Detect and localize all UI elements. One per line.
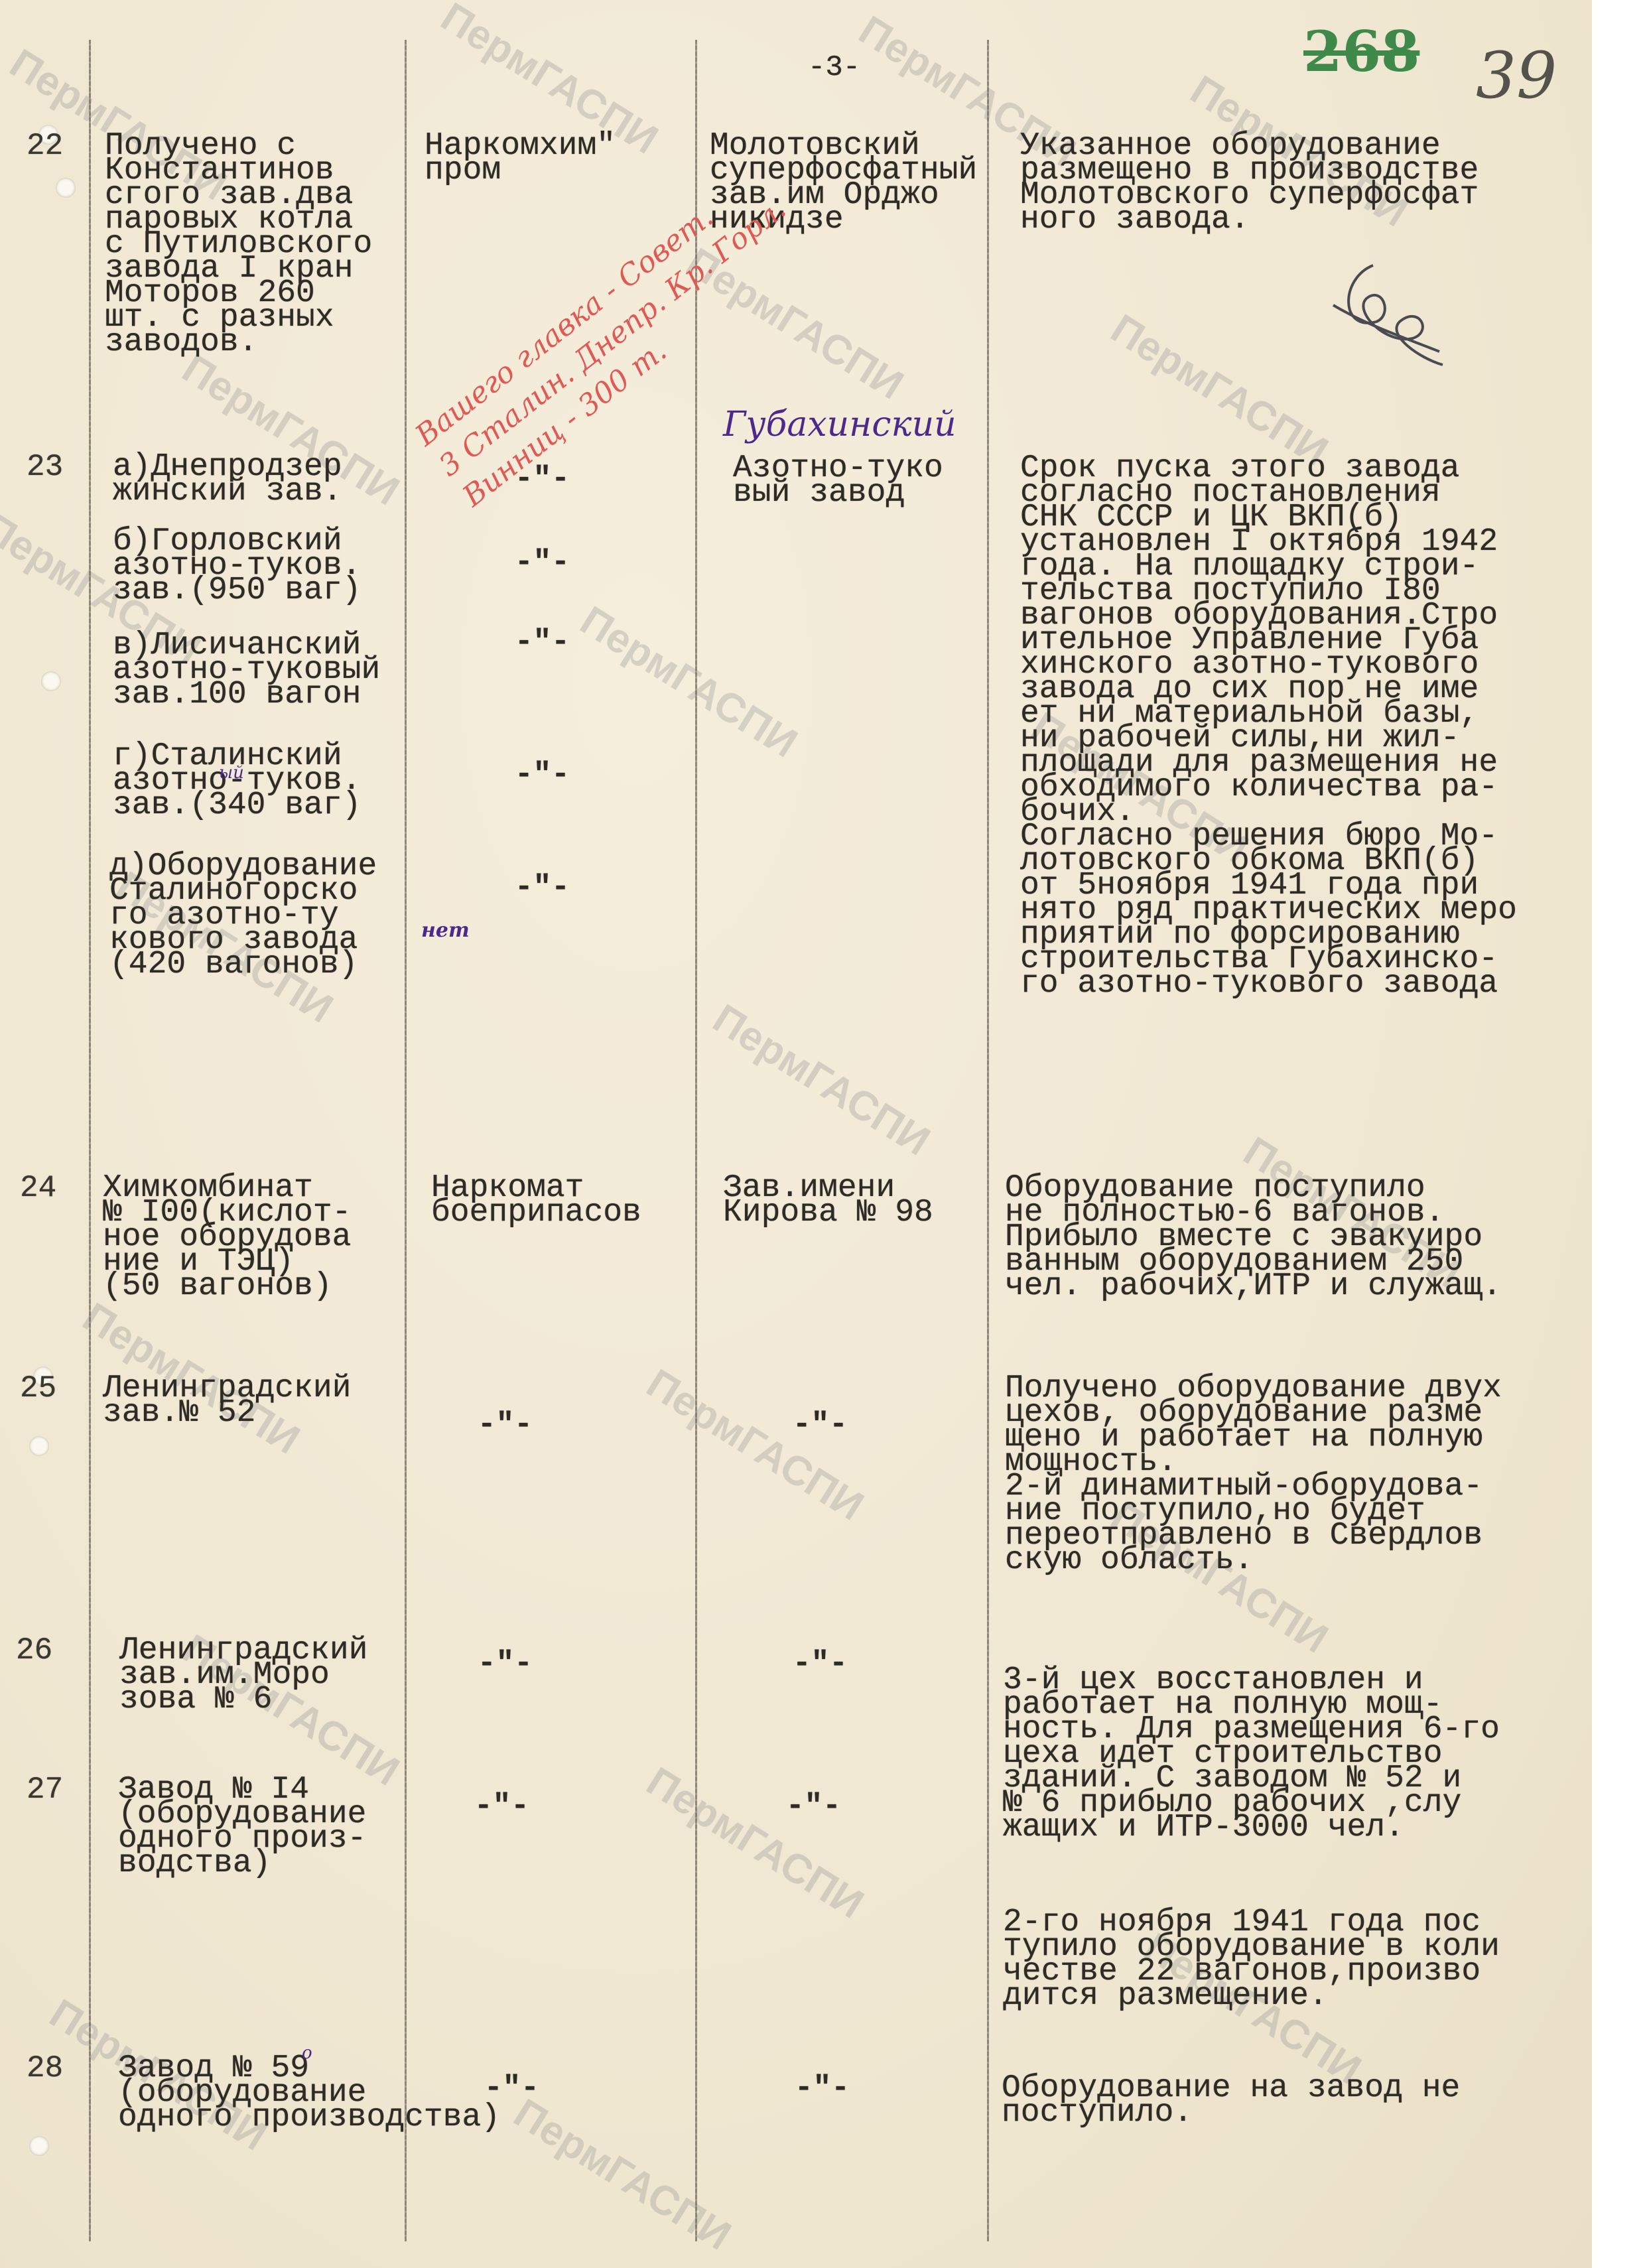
equipment-item: б)Горловский азотно-туков. зав.(950 ваг) (113, 529, 361, 603)
row-number: 28 (27, 2056, 63, 2081)
row-number: 22 (27, 134, 63, 159)
violet-correction: ый (219, 763, 244, 783)
ditto-mark: -"- (786, 1794, 841, 1819)
equipment-item: д)Оборудование Сталиногорско го азотно-т… (109, 854, 377, 977)
ditto-mark: -"- (793, 1652, 848, 1676)
ditto-mark: -"- (474, 1794, 529, 1819)
punch-hole (29, 1436, 49, 1456)
status-cell: Оборудование на завод не поступило. (1002, 2076, 1460, 2125)
column-divider (89, 40, 91, 2241)
equipment-cell: Ленинградский зав.№ 52 (103, 1376, 351, 1426)
equipment-cell: Завод № I4 (оборудование одного произ- в… (118, 1778, 366, 1876)
status-cell: Указанное оборудование размещено в произ… (1020, 134, 1479, 232)
equipment-cell: Завод № 59 (оборудование одного производ… (118, 2056, 500, 2130)
column-divider (695, 40, 697, 2241)
page-number-label: -3- (808, 56, 860, 80)
status-cell: Получено оборудование двух цехов, оборуд… (1005, 1376, 1502, 1573)
equipment-item: в)Лисичанский азотно-туковый зав.100 ваг… (113, 634, 380, 707)
column-divider (987, 40, 989, 2241)
document-sheet: ПермГАСПИ ПермГАСПИ ПермГАСПИ ПермГАСПИ … (0, 0, 1592, 2268)
commissariat-cell: Наркомат боеприпасов (431, 1176, 641, 1225)
signature-icon (1313, 259, 1459, 378)
ditto-mark: -"- (515, 467, 570, 492)
punch-hole (41, 671, 61, 691)
ditto-mark: -"- (515, 551, 570, 575)
row-number: 25 (20, 1376, 56, 1401)
plant-cell: Азотно-туко вый завод (733, 456, 943, 505)
ditto-mark: -"- (793, 1413, 848, 1437)
status-cell: Срок пуска этого завода согласно постано… (1020, 456, 1517, 996)
commissariat-cell: Наркомхим" пром (425, 134, 616, 183)
watermark: ПермГАСПИ (638, 1758, 872, 1928)
row-number: 24 (20, 1176, 56, 1201)
ditto-mark: -"- (515, 630, 570, 655)
ditto-mark: -"- (515, 876, 570, 900)
violet-note-net: нет (421, 919, 470, 942)
watermark: ПермГАСПИ (572, 597, 805, 767)
equipment-cell: Химкомбинат № I00(кислот- ное оборудова … (103, 1176, 351, 1299)
violet-note-gubakha: Губахинский (723, 405, 956, 444)
watermark: ПермГАСПИ (704, 995, 938, 1165)
equipment-cell: Ленинградский зав.им.Моро зова № 6 (119, 1638, 367, 1712)
status-cell: 2-го ноября 1941 года пос тупило оборудо… (1003, 1910, 1500, 2009)
status-cell: 3-й цех восстановлен и работает на полну… (1003, 1668, 1500, 1840)
ditto-mark: -"- (478, 1413, 533, 1437)
punch-hole (29, 2136, 49, 2156)
archive-sheet-number: 39 (1476, 38, 1557, 113)
equipment-cell: Получено с Константинов сгого зав.два па… (105, 134, 372, 355)
ditto-mark: -"- (515, 763, 570, 787)
plant-cell: Зав.имени Кирова № 98 (723, 1176, 933, 1225)
violet-correction: o (302, 2043, 312, 2063)
row-number: 26 (16, 1638, 52, 1663)
archive-sheet-number-crossed: 268 (1303, 19, 1419, 84)
watermark: ПермГАСПИ (638, 1360, 872, 1530)
row-number: 27 (27, 1778, 63, 1802)
row-number: 23 (27, 455, 63, 480)
status-cell: Оборудование поступило не полностью-6 ва… (1005, 1176, 1502, 1299)
punch-hole (56, 178, 76, 198)
watermark: ПермГАСПИ (505, 2090, 739, 2259)
ditto-mark: -"- (484, 2076, 539, 2101)
watermark: ПермГАСПИ (1102, 305, 1336, 475)
column-divider (405, 40, 407, 2241)
ditto-mark: -"- (478, 1652, 533, 1676)
equipment-item: а)Днепродзер жинский зав. (113, 455, 342, 504)
ditto-mark: -"- (795, 2076, 850, 2101)
